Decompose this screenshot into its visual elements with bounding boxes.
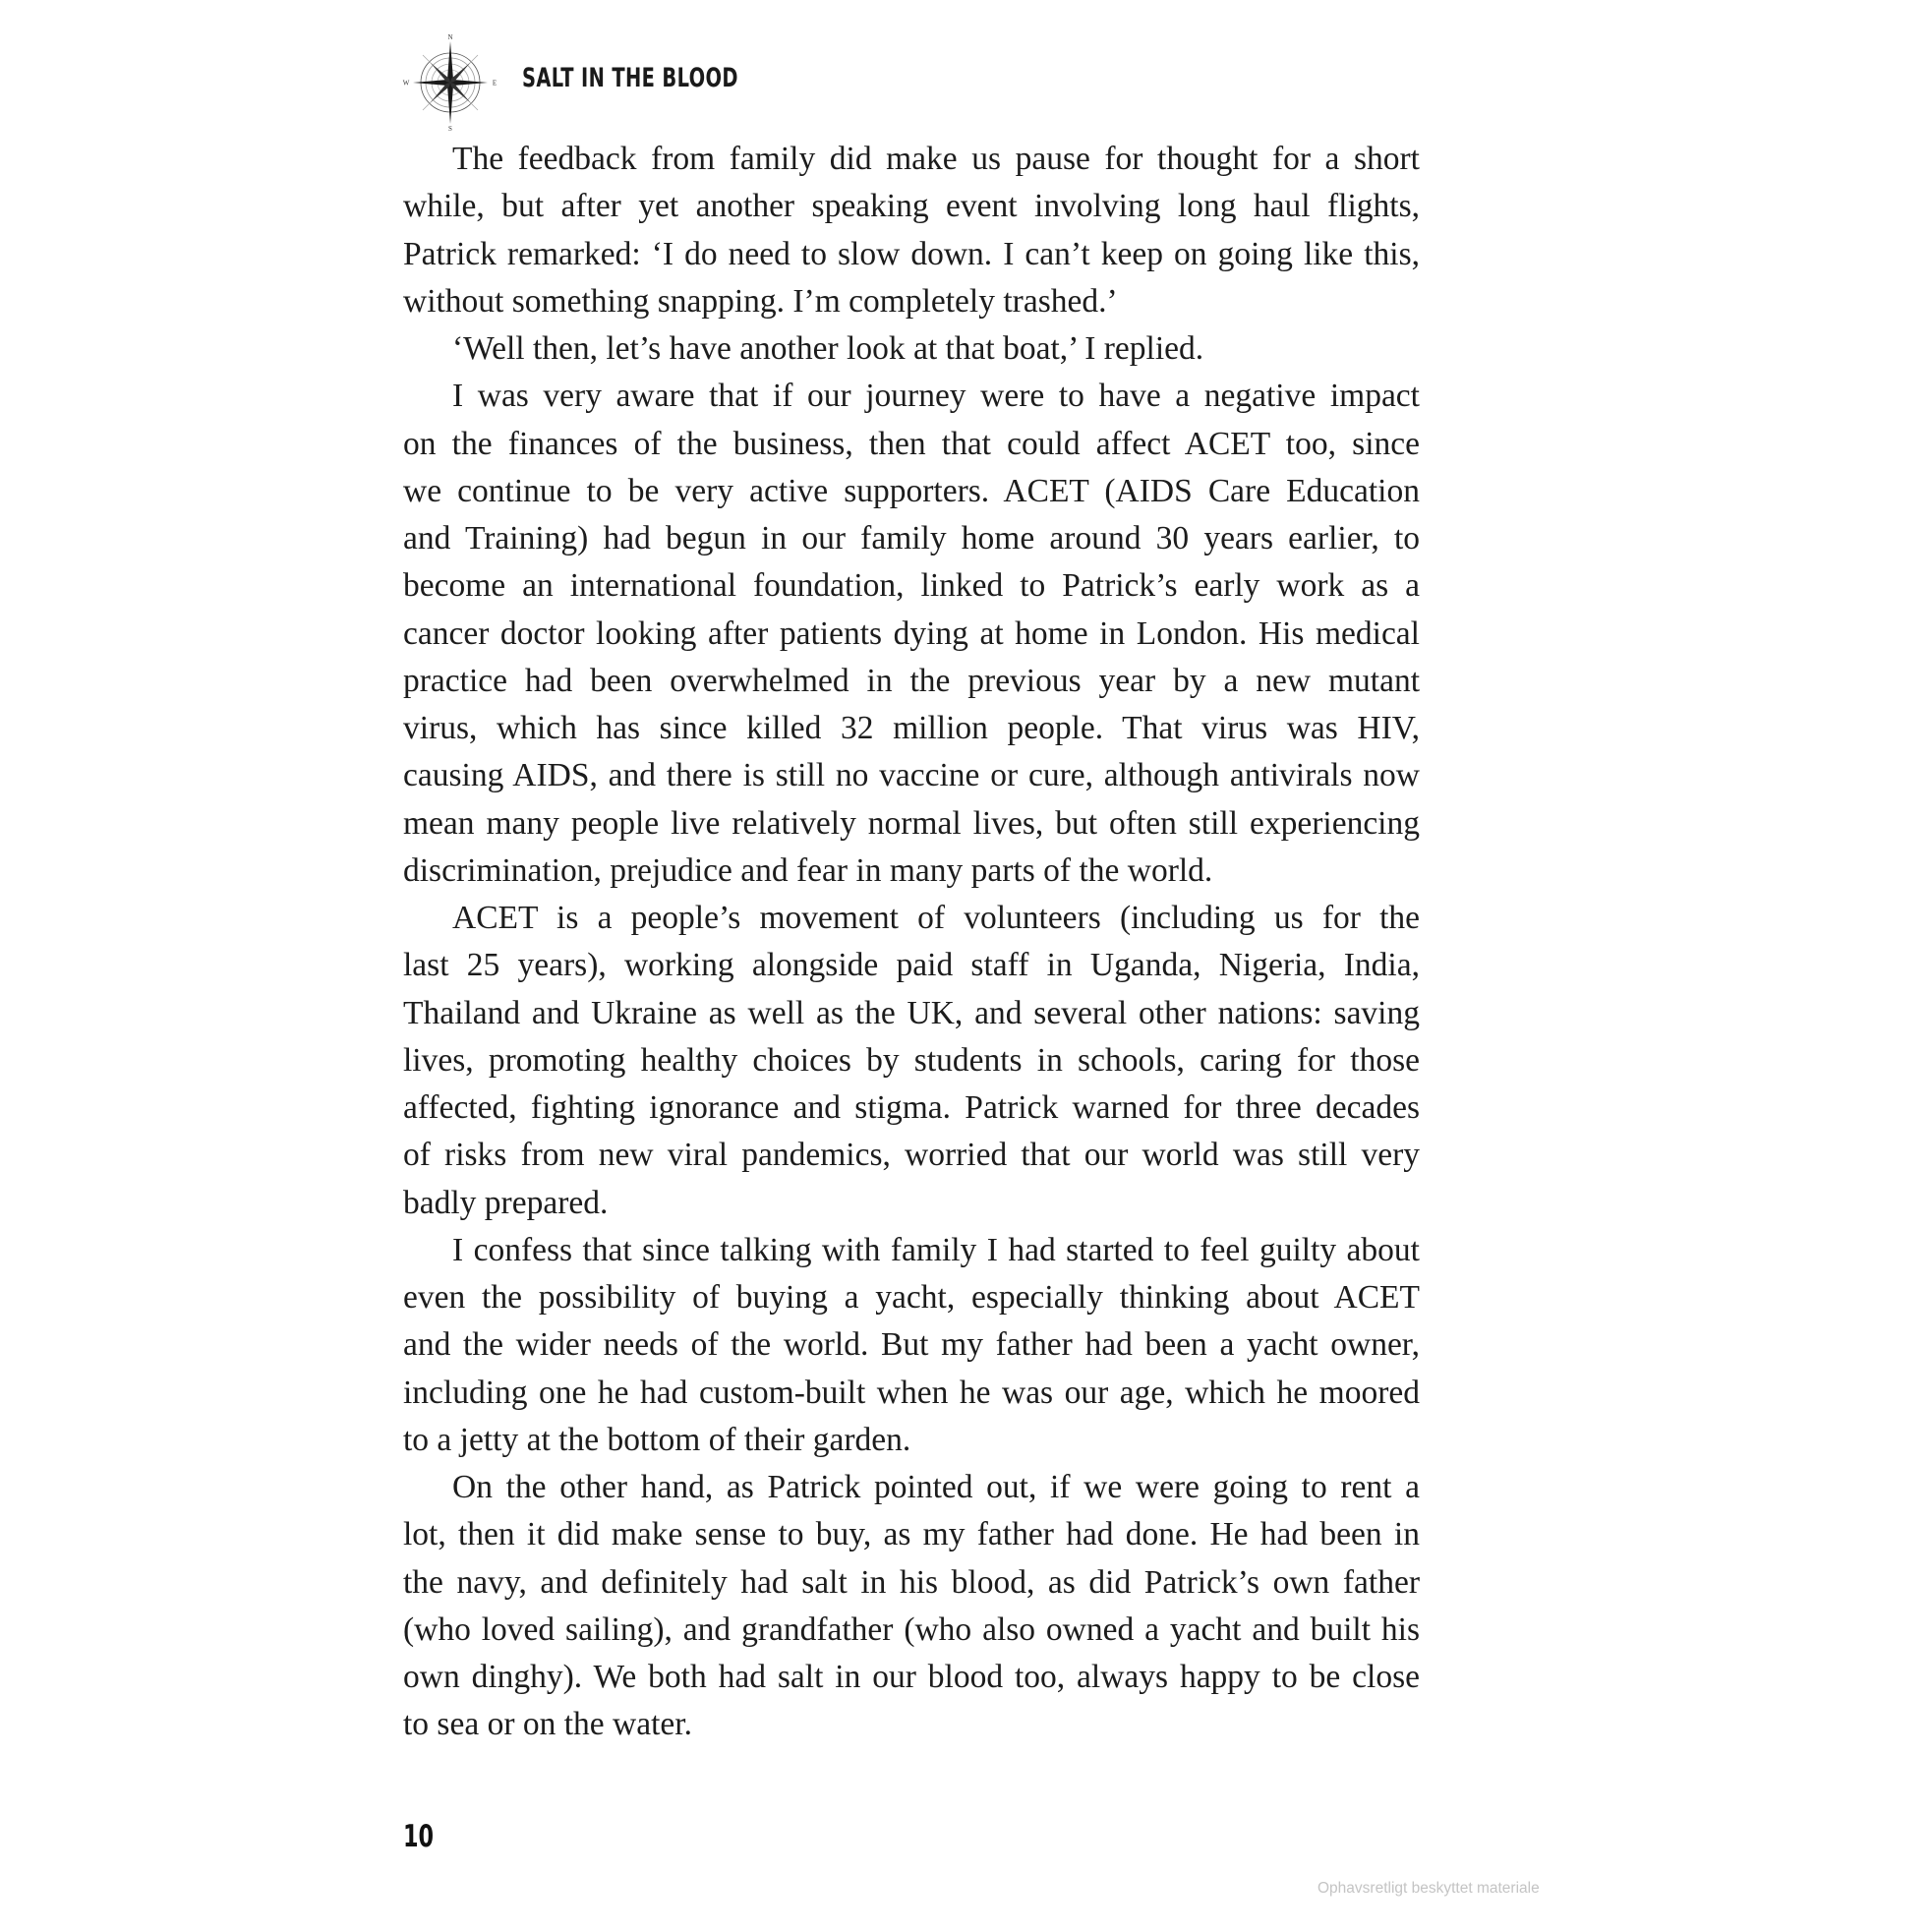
book-page: N S E W SALT IN THE BLOOD The feedback f… — [0, 0, 1932, 1932]
text-line: badly prepared. — [403, 1180, 1420, 1227]
text-line: without something snapping. I’m complete… — [403, 278, 1420, 325]
text-line: including one he had custom-built when h… — [403, 1370, 1420, 1417]
text-line: of risks from new viral pandemics, worri… — [403, 1132, 1420, 1179]
body-text: The feedback from family did make us pau… — [403, 136, 1420, 1749]
text-line: even the possibility of buying a yacht, … — [403, 1274, 1420, 1321]
text-line: to sea or on the water. — [403, 1701, 1420, 1748]
text-line: ‘Well then, let’s have another look at t… — [403, 325, 1420, 373]
text-line: mean many people live relatively normal … — [403, 800, 1420, 848]
compass-s-label: S — [448, 125, 452, 132]
text-line: virus, which has since killed 32 million… — [403, 705, 1420, 752]
copyright-watermark: Ophavsretligt beskyttet materiale — [1317, 1880, 1540, 1898]
text-line: become an international foundation, link… — [403, 562, 1420, 610]
text-line: last 25 years), working alongside paid s… — [403, 942, 1420, 989]
compass-w-label: W — [403, 80, 410, 88]
text-line: while, but after yet another speaking ev… — [403, 183, 1420, 230]
running-head: N S E W SALT IN THE BLOOD — [401, 33, 1089, 132]
text-line: discrimination, prejudice and fear in ma… — [403, 848, 1420, 895]
text-line: cancer doctor looking after patients dyi… — [403, 611, 1420, 658]
text-line: lives, promoting healthy choices by stud… — [403, 1037, 1420, 1084]
text-line: the navy, and definitely had salt in his… — [403, 1559, 1420, 1607]
text-line: The feedback from family did make us pau… — [403, 136, 1420, 183]
text-line: practice had been overwhelmed in the pre… — [403, 658, 1420, 705]
text-line: lot, then it did make sense to buy, as m… — [403, 1511, 1420, 1558]
compass-n-label: N — [447, 33, 452, 41]
text-line: own dinghy). We both had salt in our blo… — [403, 1654, 1420, 1701]
text-line: Patrick remarked: ‘I do need to slow dow… — [403, 231, 1420, 278]
text-line: Thailand and Ukraine as well as the UK, … — [403, 990, 1420, 1037]
page-number: 10 — [403, 1819, 434, 1854]
text-line: ACET is a people’s movement of volunteer… — [403, 895, 1420, 942]
compass-rose-icon: N S E W — [401, 33, 499, 132]
text-line: (who loved sailing), and grandfather (wh… — [403, 1607, 1420, 1654]
book-title: SALT IN THE BLOOD — [522, 63, 738, 93]
text-line: I was very aware that if our journey wer… — [403, 373, 1420, 420]
text-line: and Training) had begun in our family ho… — [403, 515, 1420, 562]
text-line: causing AIDS, and there is still no vacc… — [403, 752, 1420, 799]
text-line: On the other hand, as Patrick pointed ou… — [403, 1464, 1420, 1511]
text-line: I confess that since talking with family… — [403, 1227, 1420, 1274]
text-line: on the finances of the business, then th… — [403, 421, 1420, 468]
compass-e-label: E — [493, 80, 497, 88]
text-line: to a jetty at the bottom of their garden… — [403, 1417, 1420, 1464]
text-line: and the wider needs of the world. But my… — [403, 1321, 1420, 1369]
text-line: we continue to be very active supporters… — [403, 468, 1420, 515]
text-line: affected, fighting ignorance and stigma.… — [403, 1084, 1420, 1132]
